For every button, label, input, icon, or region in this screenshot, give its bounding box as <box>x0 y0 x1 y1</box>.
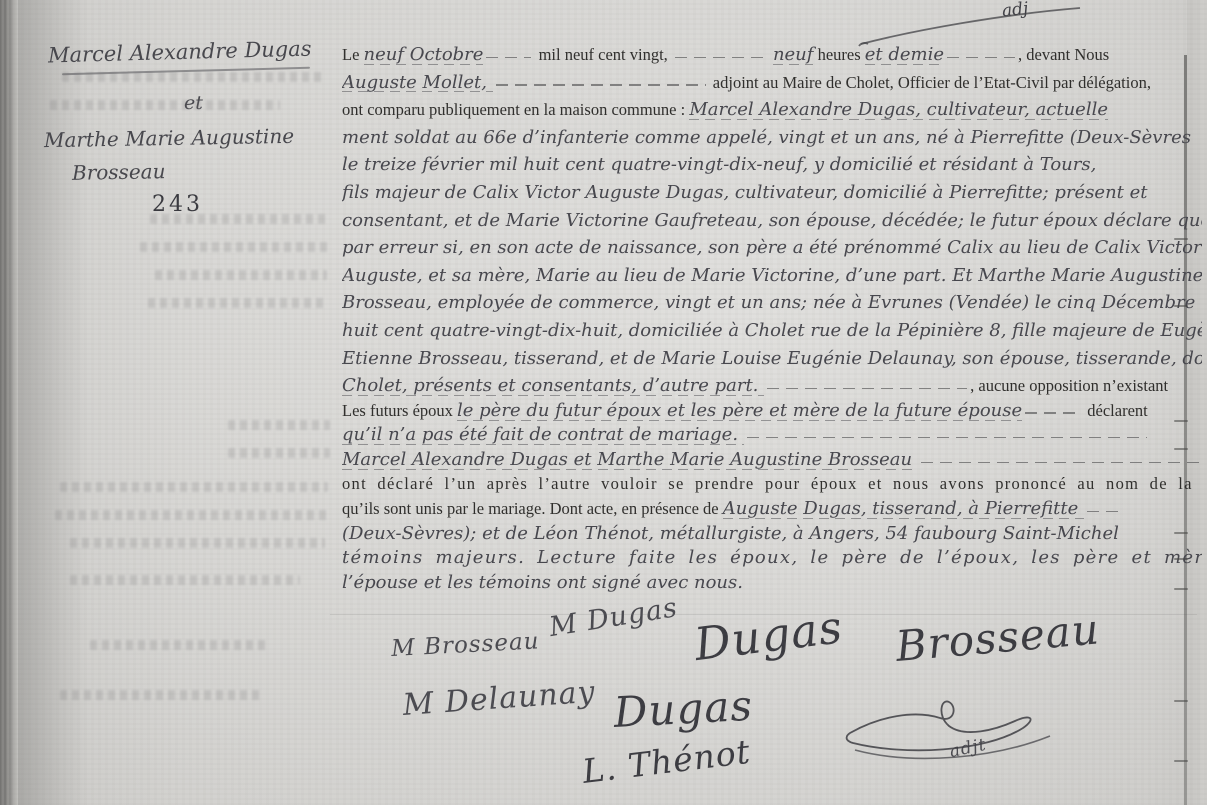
bleedthrough-texture <box>228 448 330 458</box>
handwritten-entry: l’épouse et les témoins ont signé avec n… <box>342 572 743 593</box>
edge-tick <box>1174 558 1188 560</box>
blank-rule <box>1087 500 1125 514</box>
signature-m-brosseau: M Brosseau <box>391 628 541 662</box>
signature-l-thenot: L. Thénot <box>580 732 753 791</box>
register-page: adj Marcel Alexandre Dugas et Marthe Mar… <box>0 0 1207 805</box>
printed-text: , devant Nous <box>1018 45 1109 64</box>
handwritten-entry: neuf Octobre <box>364 44 484 67</box>
printed-text: Les futurs époux <box>342 401 457 420</box>
corner-adj-mark: adj <box>1001 0 1029 21</box>
bleedthrough-texture <box>60 690 260 700</box>
edge-tick <box>1174 420 1188 422</box>
adjoint-signature-flourish <box>845 688 1085 773</box>
handwritten-entry: neuf <box>773 44 814 67</box>
handwritten-entry: Cholet, présents et consentants, d’autre… <box>342 375 764 398</box>
act-body: Le neuf Octobre mil neuf cent vingt, neu… <box>342 44 1202 596</box>
printed-text: adjoint au Maire de Cholet, Officier de … <box>709 73 1151 92</box>
printed-text: ont comparu publiquement en la maison co… <box>342 100 689 119</box>
signature-dugas-witness: Dugas <box>612 681 754 737</box>
edge-tick <box>1174 588 1188 590</box>
handwritten-entry: Auguste Dugas, tisserand, à Pierrefitte <box>723 498 1084 521</box>
act-line: Brosseau, employée de commerce, vingt et… <box>342 292 1202 320</box>
blank-rule <box>496 74 706 88</box>
act-line: Cholet, présents et consentants, d’autre… <box>342 375 1202 400</box>
handwritten-entry: le père du futur époux et les père et mè… <box>457 400 1022 423</box>
bleedthrough-texture <box>140 242 328 252</box>
act-line: Les futurs époux le père du futur époux … <box>342 400 1202 425</box>
act-line: témoins majeurs. Lecture faite les époux… <box>342 547 1202 572</box>
blank-rule <box>675 46 770 60</box>
printed-text: heures <box>813 45 864 64</box>
blank-rule <box>767 377 967 391</box>
blank-rule <box>747 426 1147 440</box>
printed-text: mil neuf cent vingt, <box>534 45 671 64</box>
blank-rule <box>921 451 1202 465</box>
bleedthrough-texture <box>70 575 300 585</box>
act-line: qu’ils sont unis par le mariage. Dont ac… <box>342 498 1202 523</box>
bleedthrough-texture <box>55 510 327 520</box>
bleedthrough-texture <box>70 538 325 548</box>
binding-edge <box>0 0 18 805</box>
binding-shadow <box>18 0 88 805</box>
act-line: Etienne Brosseau, tisserand, et de Marie… <box>342 348 1202 376</box>
margin-bride-name-1: Marthe Marie Augustine <box>44 124 294 152</box>
printed-text: Le <box>342 45 364 64</box>
handwritten-entry: le treize février mil huit cent quatre-v… <box>342 154 1096 175</box>
act-line: Auguste Mollet, adjoint au Maire de Chol… <box>342 72 1202 100</box>
bleedthrough-texture <box>50 100 280 110</box>
bleedthrough-texture <box>90 640 270 650</box>
printed-text: , aucune opposition n’existant <box>970 376 1168 395</box>
signature-dugas-father: Dugas <box>692 600 846 671</box>
blank-rule <box>1025 402 1080 416</box>
printed-text: ont déclaré l’un après l’autre vouloir s… <box>342 474 1202 493</box>
handwritten-entry: par erreur si, en son acte de naissance,… <box>342 237 1202 258</box>
act-line: ment soldat au 66e d’infanterie comme ap… <box>342 127 1202 155</box>
handwritten-entry: huit cent quatre-vingt-dix-huit, domicil… <box>342 320 1202 341</box>
bleedthrough-texture <box>228 420 330 430</box>
bleedthrough-texture <box>148 298 328 308</box>
signature-m-delaunay: M Delaunay <box>402 675 597 723</box>
act-line: fils majeur de Calix Victor Auguste Duga… <box>342 182 1202 210</box>
handwritten-entry: Marcel Alexandre Dugas, cultivateur, act… <box>689 99 1108 122</box>
act-line: huit cent quatre-vingt-dix-huit, domicil… <box>342 320 1202 348</box>
handwritten-entry: Marcel Alexandre Dugas et Marthe Marie A… <box>342 449 918 472</box>
act-line: consentant, et de Marie Victorine Gaufre… <box>342 210 1202 238</box>
margin-bride-name-2: Brosseau <box>72 159 166 185</box>
bleedthrough-texture <box>60 482 328 492</box>
act-line: (Deux-Sèvres); et de Léon Thénot, métall… <box>342 523 1202 548</box>
edge-tick <box>1174 448 1188 450</box>
edge-tick <box>1174 760 1188 762</box>
act-line: par erreur si, en son acte de naissance,… <box>342 237 1202 265</box>
blank-rule <box>486 46 531 60</box>
blank-rule <box>947 46 1015 60</box>
act-line: le treize février mil huit cent quatre-v… <box>342 154 1202 182</box>
edge-tick <box>1174 305 1188 307</box>
act-line: qu’il n’a pas été fait de contrat de mar… <box>342 424 1202 449</box>
act-line: l’épouse et les témoins ont signé avec n… <box>342 572 1202 597</box>
edge-tick <box>1174 700 1188 702</box>
act-line: Marcel Alexandre Dugas et Marthe Marie A… <box>342 449 1202 474</box>
handwritten-entry: (Deux-Sèvres); et de Léon Thénot, métall… <box>342 523 1119 544</box>
handwritten-entry: ment soldat au 66e d’infanterie comme ap… <box>342 127 1191 148</box>
handwritten-entry: et demie <box>865 44 944 67</box>
bleedthrough-texture <box>62 72 324 82</box>
act-line: ont déclaré l’un après l’autre vouloir s… <box>342 474 1202 499</box>
edge-tick <box>1174 238 1188 240</box>
bleedthrough-texture <box>155 270 327 280</box>
handwritten-entry: consentant, et de Marie Victorine Gaufre… <box>342 210 1202 231</box>
edge-tick <box>1174 532 1188 534</box>
handwritten-entry: qu’il n’a pas été fait de contrat de mar… <box>342 424 744 447</box>
printed-text: déclarent <box>1083 401 1148 420</box>
handwritten-entry: Etienne Brosseau, tisserand, et de Marie… <box>342 348 1202 369</box>
handwritten-entry: témoins majeurs. Lecture faite les époux… <box>342 547 1202 568</box>
act-line: Le neuf Octobre mil neuf cent vingt, neu… <box>342 44 1202 72</box>
handwritten-entry: Auguste Mollet, <box>342 72 493 95</box>
act-line: ont comparu publiquement en la maison co… <box>342 99 1202 127</box>
handwritten-entry: Auguste, et sa mère, Marie au lieu de Ma… <box>342 265 1202 286</box>
signature-m-dugas: M Dugas <box>547 592 680 643</box>
handwritten-entry: Brosseau, employée de commerce, vingt et… <box>342 292 1202 313</box>
act-line: Auguste, et sa mère, Marie au lieu de Ma… <box>342 265 1202 293</box>
handwritten-entry: fils majeur de Calix Victor Auguste Duga… <box>342 182 1148 203</box>
printed-text: qu’ils sont unis par le mariage. Dont ac… <box>342 499 723 518</box>
bleedthrough-texture <box>150 214 328 224</box>
